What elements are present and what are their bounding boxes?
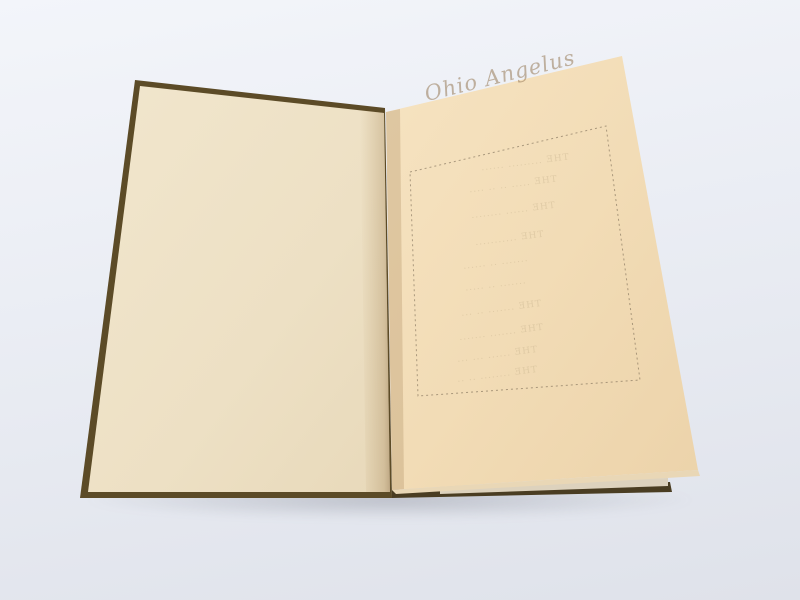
photo-scene: Ohio Angelus THE ......... ...... THE ..… bbox=[0, 0, 800, 600]
book-illustration bbox=[0, 0, 800, 600]
left-page bbox=[88, 86, 390, 492]
right-page bbox=[386, 56, 698, 490]
